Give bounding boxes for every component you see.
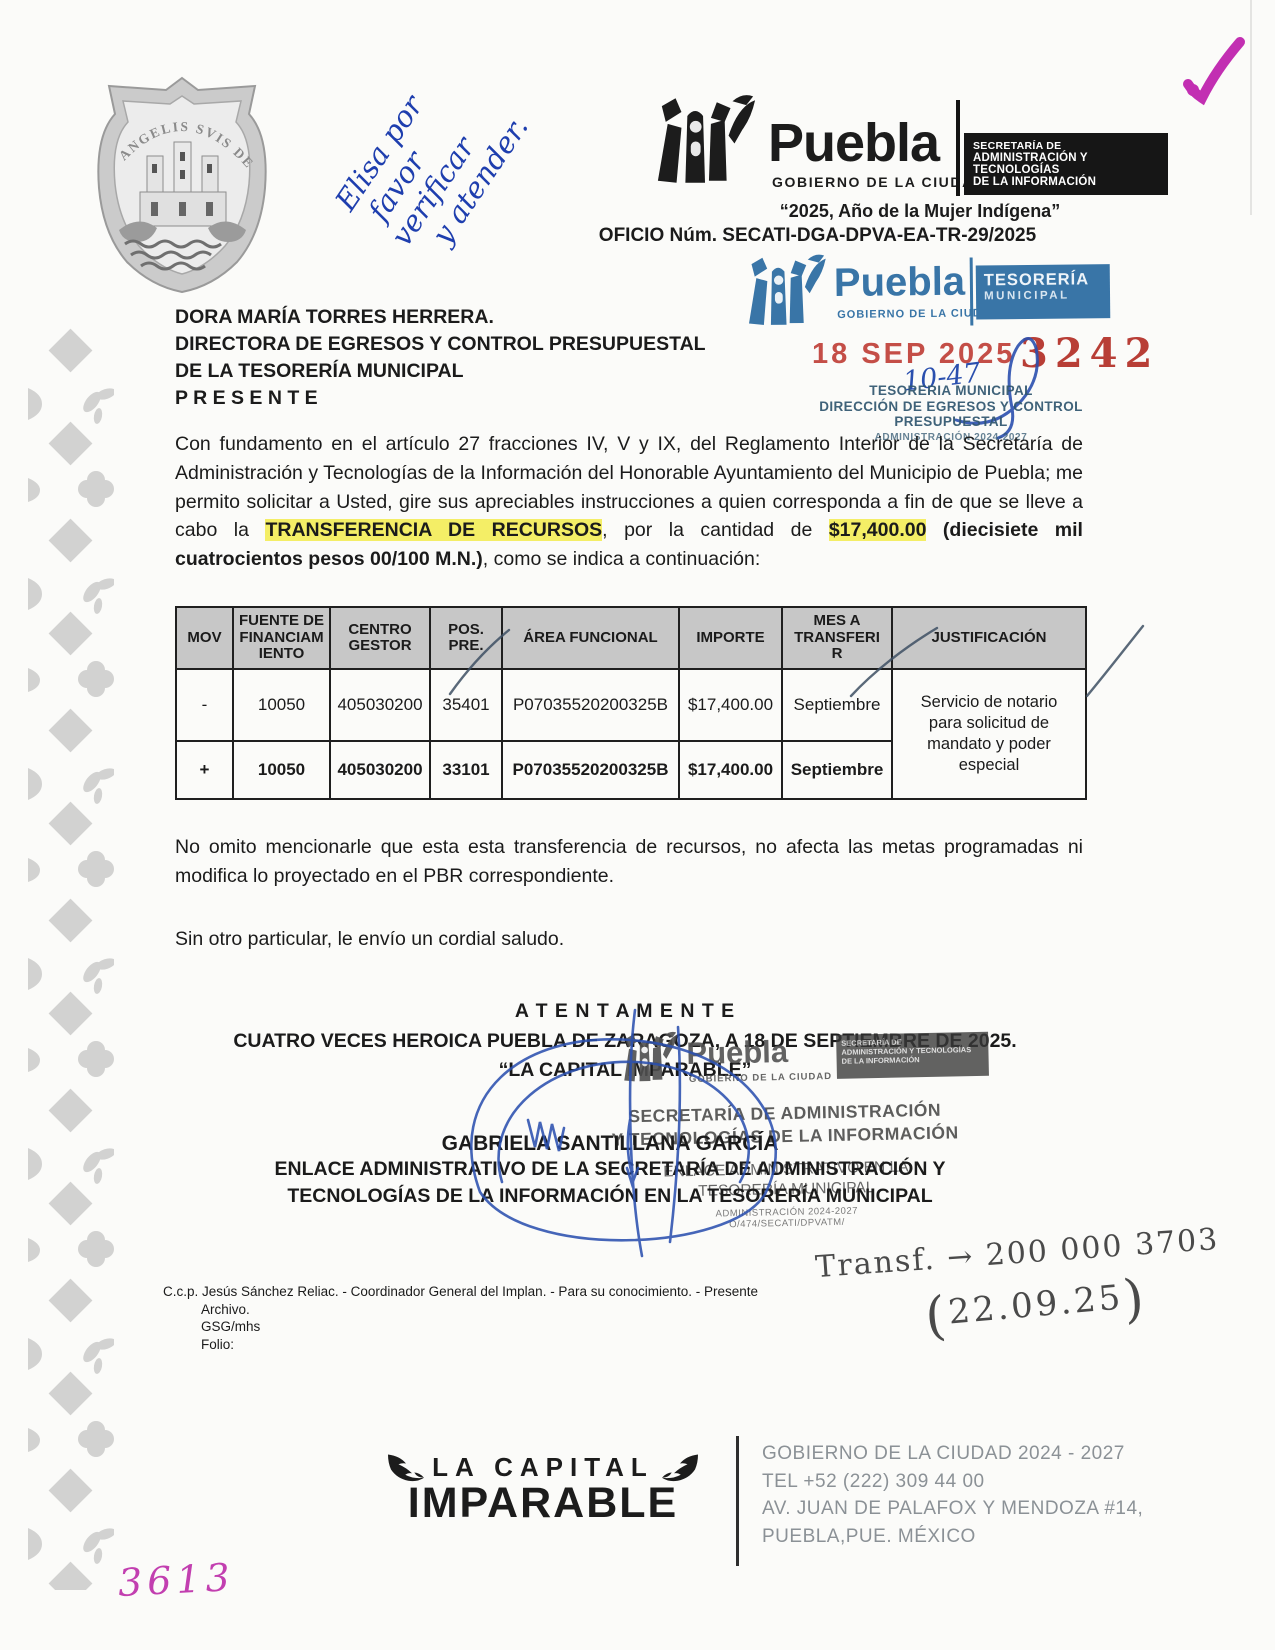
body-paragraph-2: No omito mencionarle que esta esta trans… <box>175 833 1083 891</box>
handwritten-transfer-number: Transf. → 200 000 3703 <box>814 1222 1220 1285</box>
treasury-received-logo-stamp: Puebla GOBIERNO DE LA CIUDAD TESORERÍA M… <box>742 248 1115 338</box>
highlighted-transfer-phrase: TRANSFERENCIA DE RECURSOS <box>265 519 602 541</box>
recipient-block: DORA MARÍA TORRES HERRERA. DIRECTORA DE … <box>175 304 706 412</box>
col-mov: MOV <box>176 607 233 669</box>
handwritten-signature <box>430 1002 810 1267</box>
ccp-archivo: Archivo. <box>201 1301 758 1319</box>
footer-address: AV. JUAN DE PALAFOX Y MENDOZA #14, <box>762 1495 1143 1523</box>
recipient-department: DE LA TESORERÍA MUNICIPAL <box>175 358 706 385</box>
secretary-box: SECRETARÍA DE ADMINISTRACIÓN Y TECNOLOGÍ… <box>836 1032 989 1079</box>
footer-city: PUEBLA,PUE. MÉXICO <box>762 1523 1143 1551</box>
ccp-initials: GSG/mhs <box>201 1318 758 1336</box>
secretary-box: SECRETARÍA DE ADMINISTRACIÓN Y TECNOLOGÍ… <box>964 133 1168 195</box>
ccp-line: C.c.p. Jesús Sánchez Reliac. - Coordinad… <box>163 1283 758 1301</box>
wing-icon <box>386 1453 426 1483</box>
col-importe: IMPORTE <box>679 607 782 669</box>
logo-divider <box>956 100 960 196</box>
pink-checkmark-icon <box>1178 30 1254 112</box>
table-header-row: MOV FUENTE DE FINANCIAM IENTO CENTRO GES… <box>176 607 1086 669</box>
ccp-folio: Folio: <box>201 1336 758 1354</box>
footer-government: GOBIERNO DE LA CIUDAD 2024 - 2027 <box>762 1440 1143 1468</box>
scanned-official-letter: ANGELIS SVIS DEVS Elisa por favor verifi… <box>0 0 1275 1650</box>
puebla-skyline-icon <box>652 94 760 188</box>
brand-wordmark: Puebla <box>834 260 966 306</box>
handwritten-pink-folio: 3613 <box>117 1555 236 1605</box>
col-area: ÁREA FUNCIONAL <box>502 607 679 669</box>
col-mes: MES A TRANSFERI R <box>782 607 892 669</box>
puebla-coat-of-arms: ANGELIS SVIS DEVS <box>85 70 280 298</box>
puebla-skyline-icon <box>744 253 831 330</box>
col-fuente: FUENTE DE FINANCIAM IENTO <box>233 607 330 669</box>
body-paragraph-3: Sin otro particular, le envío un cordial… <box>175 928 564 951</box>
col-justificacion: JUSTIFICACIÓN <box>892 607 1086 669</box>
highlighted-amount: $17,400.00 <box>829 519 927 541</box>
recipient-presente: P R E S E N T E <box>175 385 706 412</box>
footer-divider <box>736 1436 739 1566</box>
ccp-block: C.c.p. Jesús Sánchez Reliac. - Coordinad… <box>163 1283 758 1353</box>
transfer-table: MOV FUENTE DE FINANCIAM IENTO CENTRO GES… <box>175 606 1087 800</box>
wing-icon <box>660 1453 700 1483</box>
footer-contact-info: GOBIERNO DE LA CIUDAD 2024 - 2027 TEL +5… <box>762 1440 1143 1550</box>
recipient-title: DIRECTORA DE EGRESOS Y CONTROL PRESUPUES… <box>175 331 706 358</box>
talavera-border-pattern <box>26 328 114 1590</box>
recipient-name: DORA MARÍA TORRES HERRERA. <box>175 304 706 331</box>
col-pos: POS. PRE. <box>430 607 502 669</box>
table-row: - 10050 405030200 35401 P07035520200325B… <box>176 669 1086 741</box>
oficio-number: OFICIO Núm. SECATI-DGA-DPVA-EA-TR-29/202… <box>545 225 1090 247</box>
logo-text-bottom: IMPARABLE <box>385 1479 701 1528</box>
justification-cell: Servicio de notario para solicitud de ma… <box>892 669 1086 799</box>
paren-close: ) <box>1121 1268 1149 1330</box>
handwritten-transfer-date: (22.09.25) <box>923 1268 1149 1347</box>
puebla-government-logo: Puebla GOBIERNO DE LA CIUDAD SECRETARÍA … <box>650 90 1172 202</box>
logo-divider <box>970 258 974 326</box>
footer-phone: TEL +52 (222) 309 44 00 <box>762 1468 1143 1496</box>
handwritten-routing-note: Elisa por favor verificar y atender. <box>330 18 660 238</box>
brand-wordmark: Puebla <box>768 112 939 174</box>
year-motto: “2025, Año de la Mujer Indígena” <box>735 201 1105 222</box>
col-centro: CENTRO GESTOR <box>330 607 430 669</box>
treasury-box: TESORERÍA MUNICIPAL <box>976 264 1111 319</box>
brand-tagline: GOBIERNO DE LA CIUDAD <box>772 174 986 190</box>
la-capital-imparable-logo: LA CAPITAL IMPARABLE <box>385 1452 701 1528</box>
body-paragraph-1: Con fundamento en el artículo 27 fraccio… <box>175 430 1083 574</box>
